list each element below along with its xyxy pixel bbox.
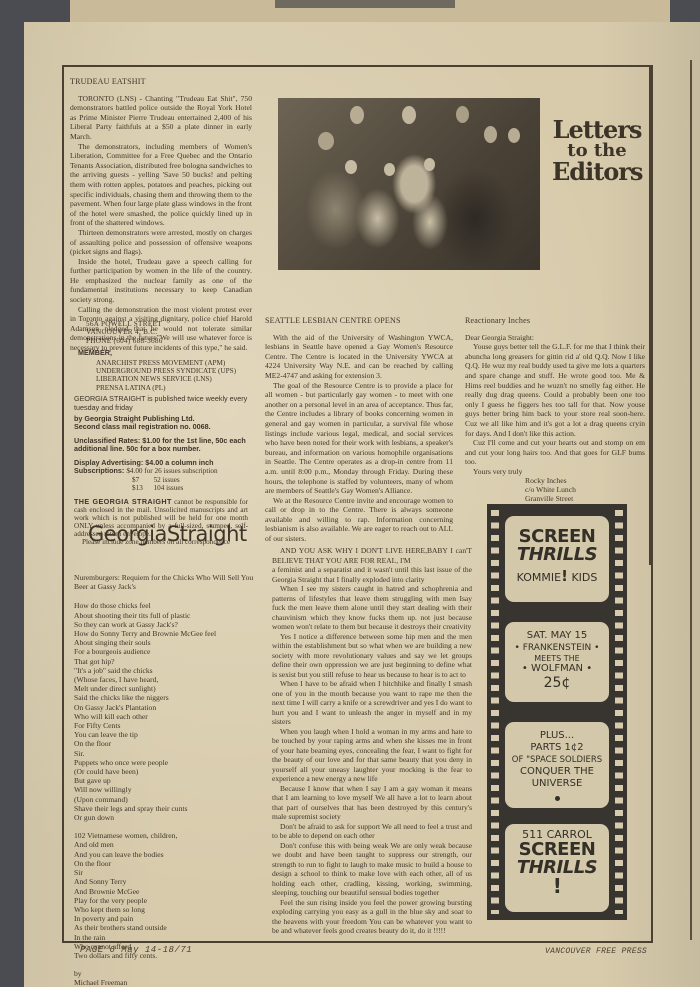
seattle-paragraph: We at the Resource Centre invite and enc…	[265, 496, 453, 544]
poem-line: Sir.	[74, 749, 264, 758]
letter-paragraph: When you laugh when I hold a woman in my…	[272, 727, 472, 784]
ad-frame-address: 511 CARROL SCREEN THRILLS !	[505, 824, 609, 912]
poem-line: (Whose faces, I have heard,	[74, 675, 264, 684]
poem-line: Who kept them so long	[74, 905, 264, 914]
trudeau-article: TRUDEAU EATSHIT TORONTO (LNS) - Chanting…	[70, 77, 252, 353]
ad-frame-showtime: SAT. MAY 15 • FRANKENSTEIN • MEETS THE •…	[505, 622, 609, 702]
photo-face	[402, 106, 416, 124]
poem-line: Or gun down	[74, 813, 264, 822]
letter-signature: Rocky Inches	[517, 476, 645, 485]
member-label: MEMBER,	[78, 349, 254, 357]
letter-paragraph: Yes I notice a difference between some h…	[272, 632, 472, 680]
ad-serial-title: OF "SPACE SOLDIERS	[505, 754, 609, 766]
film-sprocket-holes	[615, 510, 623, 914]
poem-line: On the floor	[74, 739, 264, 748]
subscription-rate: $13 104 issues	[132, 484, 254, 492]
masthead-address-line: VANCOUVER 4, B.C.	[86, 328, 254, 336]
letter-paragraph: Youse guys better tell the G.L.F. for me…	[465, 342, 645, 438]
trudeau-paragraph: TORONTO (LNS) - Chanting "Trudeau Eat Sh…	[70, 94, 252, 142]
poem-line: But gave up	[74, 776, 264, 785]
letter-paragraph: When I see my sisters caught in hatred a…	[272, 584, 472, 632]
letter-headline: Reactionary Inches	[465, 316, 645, 326]
member-item: ANARCHIST PRESS MOVEMENT (APM)	[96, 359, 254, 367]
poem-line: Said the chicks like the niggers	[74, 693, 264, 702]
subscription-rate: $4.00 for 26 issues subscription	[126, 467, 217, 475]
photo-face	[484, 126, 497, 143]
poem-line: Sir	[74, 868, 264, 877]
ad-serial-title: CONQUER THE	[505, 766, 609, 778]
ad-thrills-text: THRILLS	[505, 546, 609, 564]
background-shadow	[275, 0, 455, 8]
member-item: PRENSA LATINA (PL)	[96, 384, 254, 392]
poem-line: How do those chicks feel	[74, 601, 264, 610]
trudeau-paragraph: The demonstrators, including members of …	[70, 142, 252, 228]
photo-face	[384, 163, 395, 176]
poem-line: For a bourgeois audience	[74, 647, 264, 656]
member-item: LIBERATION NEWS SERVICE (LNS)	[96, 375, 254, 383]
letter-signature: Yours very truly	[465, 467, 645, 476]
ad-kommie-text: KOMMIE	[517, 571, 561, 584]
poem-line: How do Sonny Terry and Brownie McGee fee…	[74, 629, 264, 638]
letter-paragraph: Because I know that when I say I am a ga…	[272, 784, 472, 822]
seattle-paragraph: With the aid of the University of Washin…	[265, 333, 453, 381]
poem-line: And Brownie McGee	[74, 887, 264, 896]
ad-parts: PARTS 1¢2	[505, 742, 609, 754]
letter-paragraph: Cuz I'll come and cut your hearts out an…	[465, 438, 645, 467]
poem-line: You can leave the tip	[74, 730, 264, 739]
poem-line: Who will kill each other	[74, 712, 264, 721]
poem-line: (Upon command)	[74, 795, 264, 804]
poem-line: Will now willingly	[74, 785, 264, 794]
exclamation-icon: !	[561, 567, 568, 585]
letter-signature: c/o White Lunch	[517, 485, 645, 494]
mail-registration: Second class mail registration no. 0068.	[74, 422, 211, 431]
poem-nuremburgers: Nuremburgers: Requiem for the Chicks Who…	[74, 573, 264, 987]
letters-header-line: Editors	[552, 160, 642, 184]
letter-paragraph: Feel the sun rising inside you feel the …	[272, 898, 472, 936]
poem-line: "It's a job" said the chicks	[74, 666, 264, 675]
letters-to-the-editors-header: Letters to the Editors	[552, 118, 642, 184]
ad-price: 25¢	[505, 675, 609, 691]
poem-line: Puppets who once were people	[74, 758, 264, 767]
unclassified-rates: Unclassified Rates: $1.00 for the 1st li…	[74, 437, 254, 454]
why-i-dont-live-here-letter: AND YOU ASK WHY I DON'T LIVE HERE,BABY I…	[272, 546, 472, 936]
reactionary-inches-letter: Reactionary Inches Dear Georgia Straight…	[465, 316, 645, 503]
masthead-address-line: PHONE (604) 688-3686	[86, 337, 254, 345]
poem-line: So they can work at Gassy Jack's?	[74, 620, 264, 629]
page-footer-publication: VANCOUVER FREE PRESS	[545, 947, 647, 956]
poem-line: And old men	[74, 840, 264, 849]
photo-face	[424, 158, 435, 171]
disclaimer-lead: THE GEORGIA STRAIGHT	[74, 497, 172, 506]
photo-face	[345, 160, 357, 174]
poem-line: (Or could have been)	[74, 767, 264, 776]
ad-feature: • FRANKENSTEIN •	[505, 642, 609, 654]
trudeau-paragraph: Thirteen demonstrators were arrested, mo…	[70, 228, 252, 257]
poem-title: Nuremburgers: Requiem for the Chicks Who…	[74, 573, 264, 591]
masthead-address-line: 56A POWELL STREET	[86, 320, 254, 328]
seattle-paragraph: The goal of the Resource Centre is to pr…	[265, 381, 453, 496]
poem-line: Melt under direct sunlight)	[74, 684, 264, 693]
trudeau-paragraph: Inside the hotel, Trudeau gave a speech …	[70, 257, 252, 305]
letter-paragraph: Don't be afraid to ask for support We al…	[272, 822, 472, 841]
exclamation-icon: !	[505, 877, 609, 895]
poem-line: And Sonny Terry	[74, 877, 264, 886]
ad-frame-plus: PLUS... PARTS 1¢2 OF "SPACE SOLDIERS CON…	[505, 722, 609, 808]
member-item: UNDERGROUND PRESS SYNDICATE (UPS)	[96, 367, 254, 375]
letter-paragraph: When I have to be afraid when I hitchhik…	[272, 679, 472, 727]
masthead-box: 56A POWELL STREET VANCOUVER 4, B.C. PHON…	[74, 320, 254, 546]
letter-lead: AND YOU ASK WHY I DON'T LIVE HERE,BABY I…	[272, 546, 472, 565]
letter-signature: Granville Street	[517, 494, 645, 503]
ad-date: SAT. MAY 15	[505, 630, 609, 642]
poem-by: by	[74, 969, 264, 978]
poem-author: Michael Freeman	[74, 978, 264, 987]
letter-paragraph: Don't confuse this with being weak We ar…	[272, 841, 472, 898]
poem-line: About shooting their tits full of plasti…	[74, 611, 264, 620]
letter-salutation: Dear Georgia Straight:	[465, 333, 645, 343]
poem-line: That got hip?	[74, 657, 264, 666]
trudeau-headline: TRUDEAU EATSHIT	[70, 77, 252, 87]
photo-face	[456, 106, 469, 123]
subscriptions-label: Subscriptions:	[74, 466, 124, 475]
poem-line: About singing their souls	[74, 638, 264, 647]
screen-thrills-ad: SCREEN THRILLS KOMMIE! KIDS SAT. MAY 15 …	[487, 504, 627, 920]
subscription-rate: $7 52 issues	[132, 476, 254, 484]
photo-face	[350, 106, 364, 124]
poem-line: On Gassy Jack's Plantation	[74, 703, 264, 712]
ad-feature-meets: MEETS THE	[505, 654, 609, 663]
poem-line: On the floor	[74, 859, 264, 868]
ad-kids-text: KIDS	[571, 571, 597, 584]
georgia-straight-logo: GeorgiaStraight	[88, 522, 247, 546]
poem-line: In the rain	[74, 933, 264, 942]
publication-schedule: GEORGIA STRAIGHT is published twice week…	[74, 395, 254, 412]
film-sprocket-holes	[491, 510, 499, 914]
column-rule	[649, 65, 651, 565]
letter-paragraph: a feminist and a separatist and it wasn'…	[272, 565, 472, 584]
poem-line: In poverty and pain	[74, 914, 264, 923]
ad-feature-wolfman: • WOLFMAN •	[505, 663, 609, 675]
poem-line: And you can leave the bodies	[74, 850, 264, 859]
poem-line: Play for the very people	[74, 896, 264, 905]
ad-plus: PLUS...	[505, 730, 609, 742]
poem-line: Shave their legs and spray their cunts	[74, 804, 264, 813]
seattle-headline: SEATTLE LESBIAN CENTRE OPENS	[265, 316, 453, 326]
dot-icon	[555, 796, 560, 801]
seattle-article: SEATTLE LESBIAN CENTRE OPENS With the ai…	[265, 316, 453, 544]
poem-line: 102 Vietnamese women, children,	[74, 831, 264, 840]
adjacent-page-edge	[690, 60, 700, 940]
photo-face	[318, 132, 334, 150]
poem-line: As their brothers stand outside	[74, 923, 264, 932]
family-portrait-photo	[278, 98, 540, 270]
page-footer-date: PAGE 6 May 14-18/71	[80, 945, 192, 955]
letters-header-line: Letters	[552, 118, 642, 142]
poem-line: For Fifty Cents	[74, 721, 264, 730]
ad-serial-title: UNIVERSE	[505, 778, 609, 790]
photo-face	[508, 128, 520, 143]
ad-frame-title: SCREEN THRILLS KOMMIE! KIDS	[505, 516, 609, 602]
